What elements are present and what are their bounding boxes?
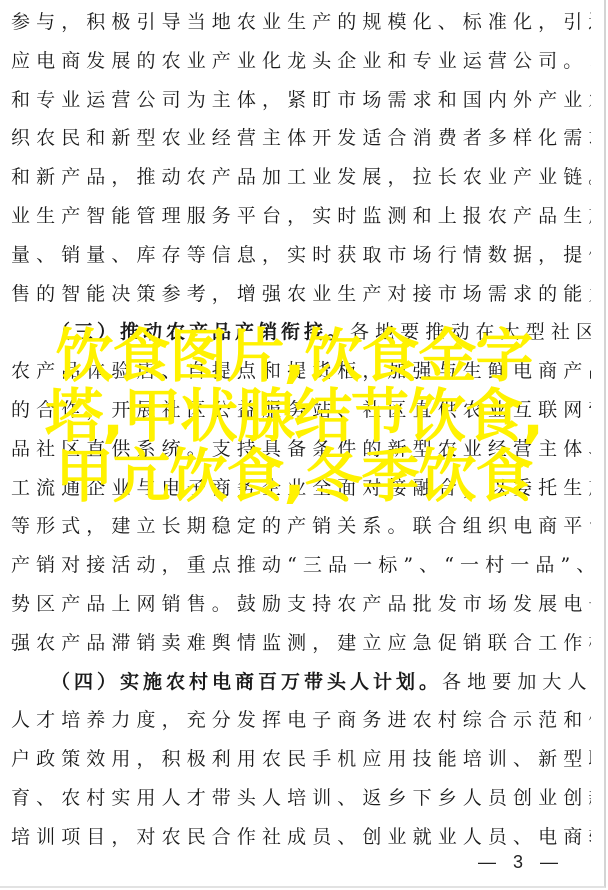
text-line: 等形式，建立长期稳定的产销关系。联合组织电商平台企业开展 [11,507,591,546]
page-number: — 3 — [478,852,564,873]
text-line: 和专业运营公司为主体，紧盯市场需求和国内外产业发展动向，组 [11,81,591,120]
text-line: 售的智能决策参考，增强农业生产对接市场需求的能力。 [11,275,591,314]
text-line: 和新产品，推动农产品加工业发展，拉长农业产业链。加快推广农 [11,158,591,197]
line-text: 售的智能决策参考，增强农业生产对接市场需求的能力。 [11,283,591,305]
text-line: 产销对接活动，重点推动“三品一标”、“一村一品”、特色农产品优 [11,546,591,585]
line-text: 量、销量、库存等信息，实时获取市场行情数据，提供农产品生产销 [11,244,591,266]
line-text: 和专业运营公司为主体，紧盯市场需求和国内外产业发展动向，组 [11,89,591,111]
text-line: （四）实施农村电商百万带头人计划。各地要加大人员培训和 [11,663,591,702]
line-text: 育、农村实用人才带头人培训、返乡下乡人员创业创新培训等现有 [11,787,591,809]
line-text: 织农民和新型农业经营主体开发适合消费者多样化需求的新品种 [11,127,591,149]
text-line: 育、农村实用人才带头人培训、返乡下乡人员创业创新培训等现有 [11,779,591,818]
line-text: 人才培养力度，充分发挥电子商务进农村综合示范和信息进村入 [11,709,591,731]
line-text: 等形式，建立长期稳定的产销关系。联合组织电商平台企业开展 [11,515,591,537]
line-text: 户政策效用，积极利用农民手机应用技能培训、新型职业农民培 [11,748,591,770]
line-text: 各地要加大人员培训和 [442,671,591,693]
text-line: 人才培养力度，充分发挥电子商务进农村综合示范和信息进村入 [11,701,591,740]
line-text: 业生产智能管理服务平台，实时监测和上报农产品生产计划、产 [11,205,591,227]
line-text: 和新产品，推动农产品加工业发展，拉长农业产业链。加快推广农 [11,166,591,188]
text-line: 户政策效用，积极利用农民手机应用技能培训、新型职业农民培 [11,740,591,779]
text-line: 应电商发展的农业产业化龙头企业和专业运营公司。以龙头企业 [11,42,591,81]
text-line: 业生产智能管理服务平台，实时监测和上报农产品生产计划、产 [11,197,591,236]
text-line: 势区产品上网销售。鼓励支持农产品批发市场发展电子商务。加 [11,585,591,624]
section-heading: （四）实施农村电商百万带头人计划。 [51,671,442,693]
text-line: 参与，积极引导当地农业生产的规模化、标准化，引进、培育一批适 [11,3,591,42]
text-line: 培训项目，对农民合作社成员、创业就业人员、电商转型的企业和 [11,818,591,857]
text-line: 强农产品滞销卖难舆情监测，建立应急促销联合工作机制。 [11,624,591,663]
line-text: 参与，积极引导当地农业生产的规模化、标准化，引进、培育一批适 [11,11,591,33]
line-text: 培训项目，对农民合作社成员、创业就业人员、电商转型的企业和 [11,826,591,848]
watermark-overlay-text: 饮食图片,饮食金字塔,甲状腺结节饮食,甲亢饮食,冬季饮食 [24,326,564,506]
line-text: 势区产品上网销售。鼓励支持农产品批发市场发展电子商务。加 [11,593,591,615]
document-page: 参与，积极引导当地农业生产的规模化、标准化，引进、培育一批适应电商发展的农业产业… [0,0,606,888]
text-line: 织农民和新型农业经营主体开发适合消费者多样化需求的新品种 [11,119,591,158]
line-text: 强农产品滞销卖难舆情监测，建立应急促销联合工作机制。 [11,632,591,654]
line-text: 应电商发展的农业产业化龙头企业和专业运营公司。以龙头企业 [11,50,591,72]
line-text: 产销对接活动，重点推动“三品一标”、“一村一品”、特色农产品优 [11,554,591,576]
text-line: 量、销量、库存等信息，实时获取市场行情数据，提供农产品生产销 [11,236,591,275]
